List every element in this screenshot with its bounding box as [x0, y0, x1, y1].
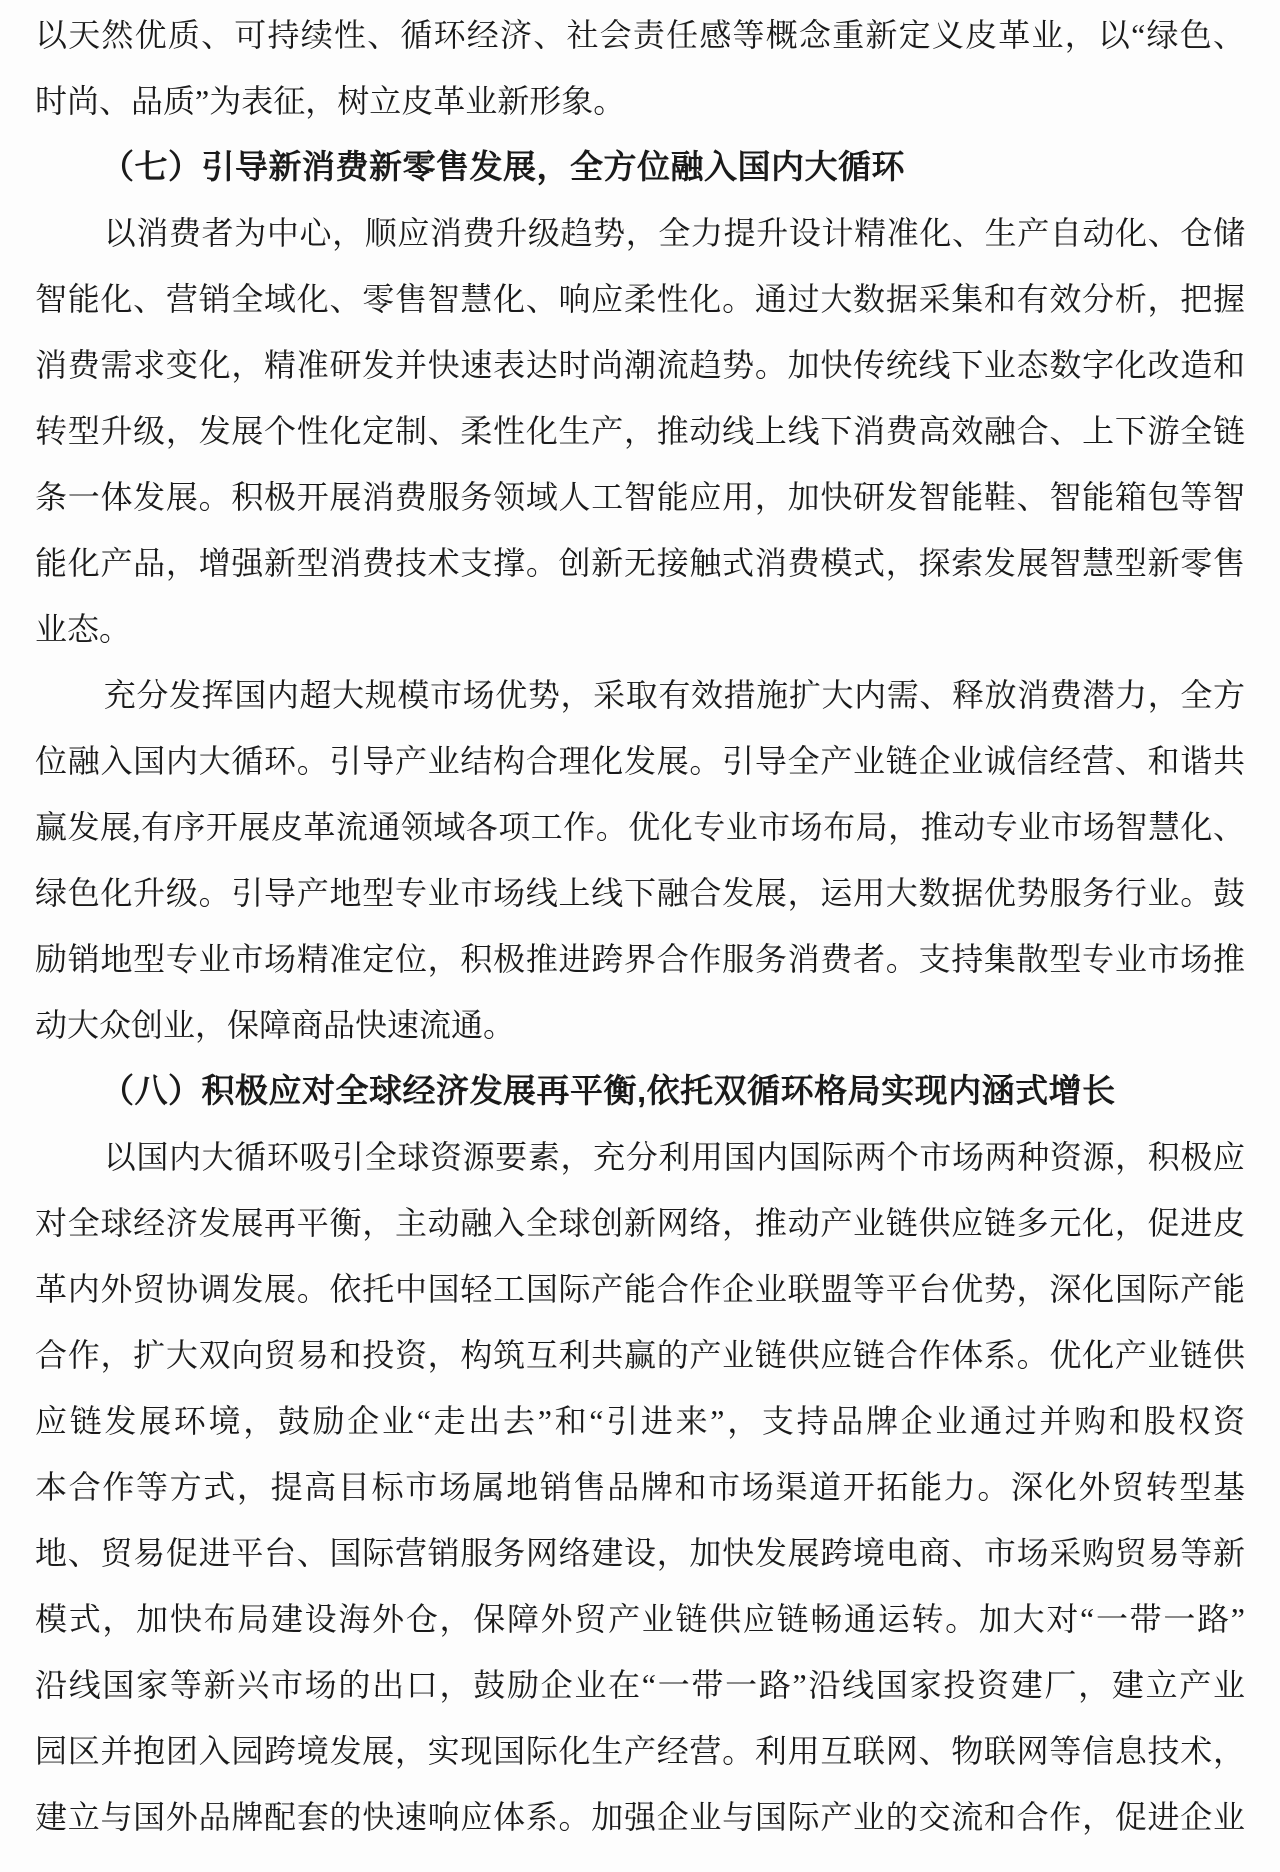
body-line: 赢发展,有序开展皮革流通领域各项工作。优化专业市场布局，推动专业市场智慧化、: [35, 794, 1245, 860]
body-line: 绿色化升级。引导产地型专业市场线上线下融合发展，运用大数据优势服务行业。鼓: [35, 860, 1245, 926]
section-heading-7: （七）引导新消费新零售发展，全方位融入国内大循环: [35, 134, 1245, 200]
document-page: 以天然优质、可持续性、循环经济、社会责任感等概念重新定义皮革业，以“绿色、 时尚…: [0, 0, 1280, 1872]
body-line: 以天然优质、可持续性、循环经济、社会责任感等概念重新定义皮革业，以“绿色、: [35, 2, 1245, 68]
body-line: 能化产品，增强新型消费技术支撑。创新无接触式消费模式，探索发展智慧型新零售: [35, 530, 1245, 596]
body-line: 模式，加快布局建设海外仓，保障外贸产业链供应链畅通运转。加大对“一带一路”: [35, 1586, 1245, 1652]
section-heading-8: （八）积极应对全球经济发展再平衡,依托双循环格局实现内涵式增长: [35, 1058, 1245, 1124]
body-line: 沿线国家等新兴市场的出口，鼓励企业在“一带一路”沿线国家投资建厂，建立产业: [35, 1652, 1245, 1718]
body-line: 条一体发展。积极开展消费服务领域人工智能应用，加快研发智能鞋、智能箱包等智: [35, 464, 1245, 530]
body-line: 革内外贸协调发展。依托中国轻工国际产能合作企业联盟等平台优势，深化国际产能: [35, 1256, 1245, 1322]
body-line: 地、贸易促进平台、国际营销服务网络建设，加快发展跨境电商、市场采购贸易等新: [35, 1520, 1245, 1586]
body-line: 以消费者为中心，顺应消费升级趋势，全力提升设计精准化、生产自动化、仓储: [35, 200, 1245, 266]
body-line: 以国内大循环吸引全球资源要素，充分利用国内国际两个市场两种资源，积极应: [35, 1124, 1245, 1190]
paragraph-end-line: 动大众创业，保障商品快速流通。: [35, 992, 1245, 1058]
body-line: 合作，扩大双向贸易和投资，构筑互利共赢的产业链供应链合作体系。优化产业链供: [35, 1322, 1245, 1388]
body-line: 消费需求变化，精准研发并快速表达时尚潮流趋势。加快传统线下业态数字化改造和: [35, 332, 1245, 398]
body-line: 充分发挥国内超大规模市场优势，采取有效措施扩大内需、释放消费潜力，全方: [35, 662, 1245, 728]
body-line: 建立与国外品牌配套的快速响应体系。加强企业与国际产业的交流和合作，促进企业: [35, 1784, 1245, 1850]
body-line: 对全球经济发展再平衡，主动融入全球创新网络，推动产业链供应链多元化，促进皮: [35, 1190, 1245, 1256]
body-line: 本合作等方式，提高目标市场属地销售品牌和市场渠道开拓能力。深化外贸转型基: [35, 1454, 1245, 1520]
body-line: 励销地型专业市场精准定位，积极推进跨界合作服务消费者。支持集散型专业市场推: [35, 926, 1245, 992]
paragraph-end-line: 业态。: [35, 596, 1245, 662]
body-line: 应链发展环境，鼓励企业“走出去”和“引进来”，支持品牌企业通过并购和股权资: [35, 1388, 1245, 1454]
body-line: 转型升级，发展个性化定制、柔性化生产，推动线上线下消费高效融合、上下游全链: [35, 398, 1245, 464]
paragraph-end-line: 时尚、品质”为表征，树立皮革业新形象。: [35, 68, 1245, 134]
body-line: 位融入国内大循环。引导产业结构合理化发展。引导全产业链企业诚信经营、和谐共: [35, 728, 1245, 794]
body-line: 智能化、营销全域化、零售智慧化、响应柔性化。通过大数据采集和有效分析，把握: [35, 266, 1245, 332]
body-line: 园区并抱团入园跨境发展，实现国际化生产经营。利用互联网、物联网等信息技术，: [35, 1718, 1245, 1784]
